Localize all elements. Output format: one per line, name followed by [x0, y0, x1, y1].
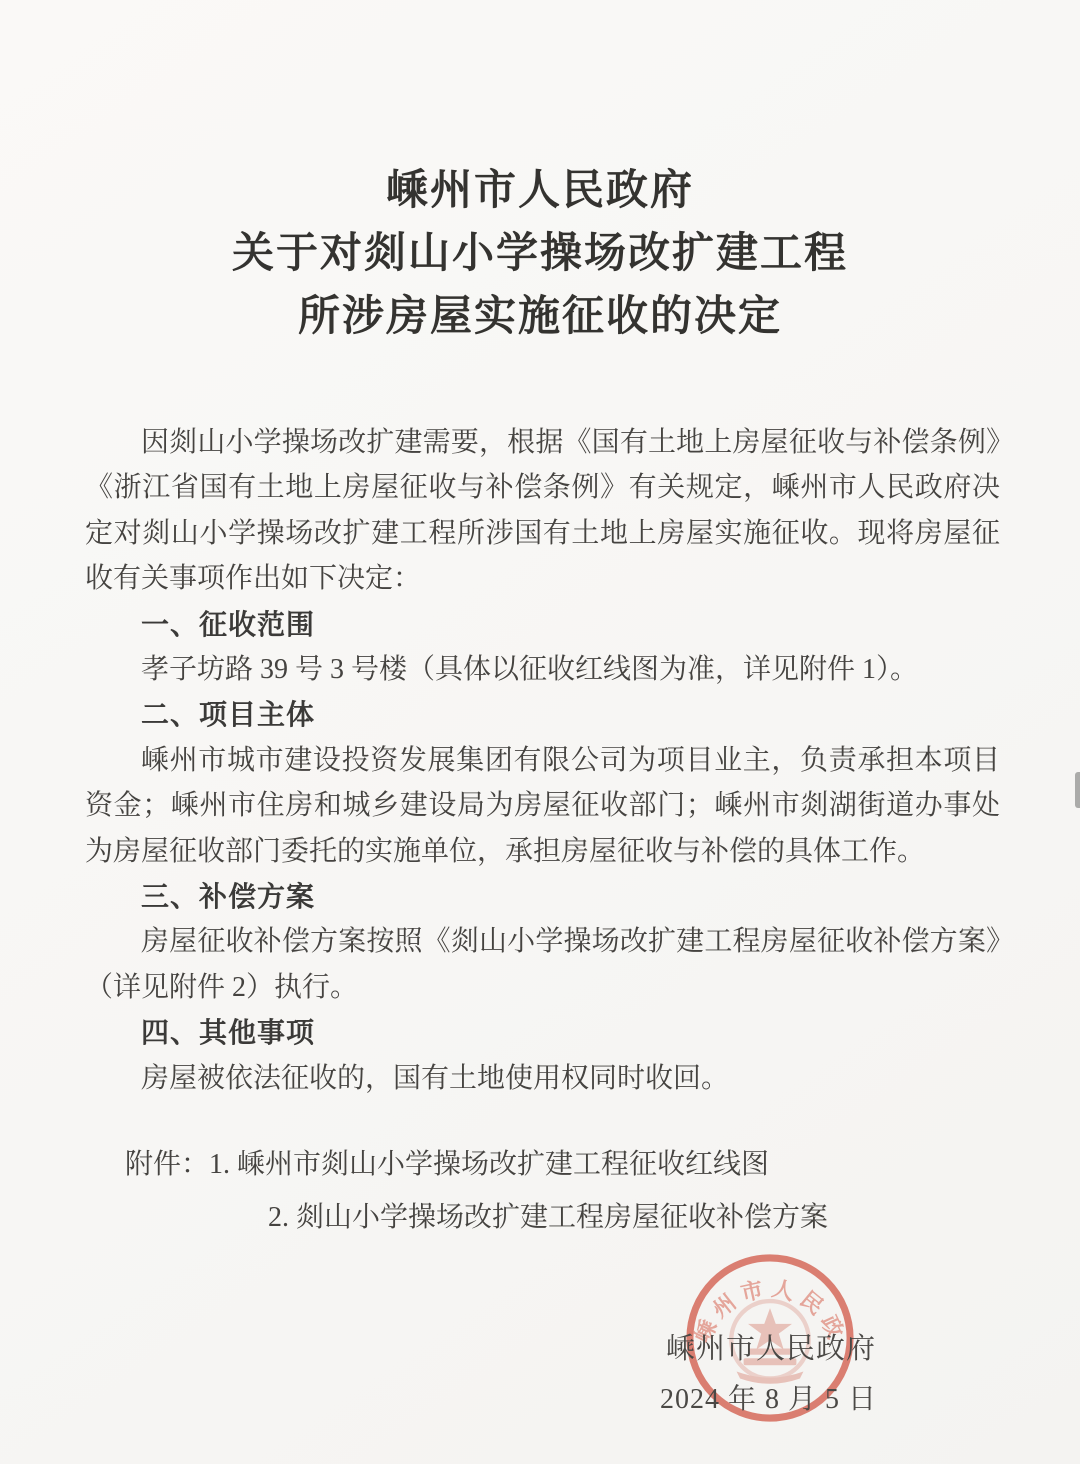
section-heading-3: 三、补偿方案 [85, 874, 1000, 919]
document-title: 嵊州市人民政府 关于对剡山小学操场改扩建工程 所涉房屋实施征收的决定 [0, 160, 1080, 349]
attachments-block: 附件：1. 嵊州市剡山小学操场改扩建工程征收红线图 2. 剡山小学操场改扩建工程… [85, 1138, 1000, 1244]
intro-paragraph: 因剡山小学操场改扩建需要，根据《国有土地上房屋征收与补偿条例》《浙江省国有土地上… [85, 420, 1000, 602]
attachment-line-2: 2. 剡山小学操场改扩建工程房屋征收补偿方案 [268, 1191, 1000, 1244]
government-seal-icon: 嵊州市人民政府 [682, 1250, 858, 1426]
seal-ring-text: 嵊州市人民政府 [682, 1250, 851, 1348]
section-heading-2: 二、项目主体 [85, 692, 1000, 737]
section-body-4: 房屋被依法征收的，国有土地使用权同时收回。 [85, 1056, 1000, 1101]
svg-text:嵊州市人民政府: 嵊州市人民政府 [682, 1250, 851, 1348]
attachments-label: 附件： [125, 1149, 209, 1180]
section-body-3: 房屋征收补偿方案按照《剡山小学操场改扩建工程房屋征收补偿方案》（详见附件 2）执… [85, 919, 1000, 1010]
signature-date: 2024 年 8 月 5 日 [660, 1377, 877, 1417]
seal-emblem-icon [731, 1301, 808, 1384]
title-line-2: 关于对剡山小学操场改扩建工程 [0, 223, 1080, 286]
section-heading-4: 四、其他事项 [85, 1010, 1000, 1055]
attachment-item-2: 2. 剡山小学操场改扩建工程房屋征收补偿方案 [268, 1202, 828, 1233]
section-body-2: 嵊州市城市建设投资发展集团有限公司为项目业主，负责承担本项目资金；嵊州市住房和城… [85, 738, 1000, 874]
attachment-item-1: 1. 嵊州市剡山小学操场改扩建工程征收红线图 [209, 1149, 769, 1180]
title-line-1: 嵊州市人民政府 [0, 160, 1080, 223]
scrollbar-thumb[interactable] [1075, 772, 1080, 808]
section-body-1: 孝子坊路 39 号 3 号楼（具体以征收红线图为准，详见附件 1）。 [85, 647, 1000, 692]
section-heading-1: 一、征收范围 [85, 602, 1000, 647]
document-body: 因剡山小学操场改扩建需要，根据《国有土地上房屋征收与补偿条例》《浙江省国有土地上… [85, 420, 1000, 1101]
title-line-3: 所涉房屋实施征收的决定 [0, 286, 1080, 349]
attachment-line-1: 附件：1. 嵊州市剡山小学操场改扩建工程征收红线图 [125, 1138, 1000, 1191]
document-page: 嵊州市人民政府 关于对剡山小学操场改扩建工程 所涉房屋实施征收的决定 因剡山小学… [0, 0, 1080, 1464]
signature-name: 嵊州市人民政府 [666, 1326, 876, 1367]
